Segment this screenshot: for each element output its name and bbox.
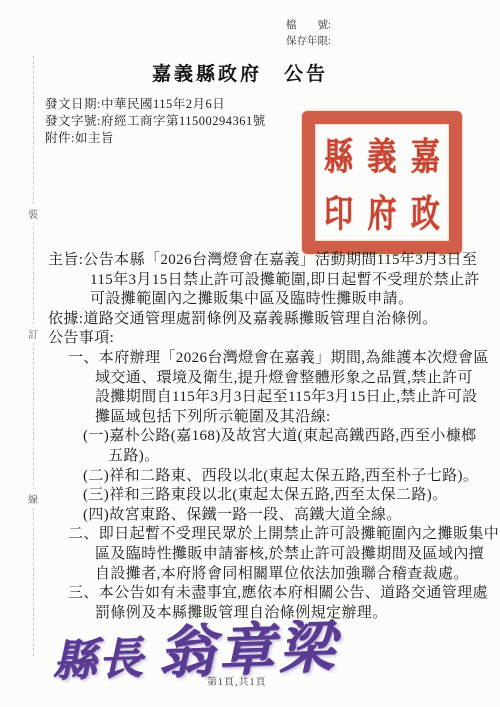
signature-name: 翁章梁 (157, 617, 339, 685)
body-line: 域交通、環境及衛生,提升燈會整體形象之品質,禁止許可 (95, 366, 499, 386)
body-line: (四)故宮東路、保鐵一路一段、高鐵大道全線。 (83, 503, 499, 523)
announcement-body: 主旨:公告本縣「2026台灣燈會在嘉義」活動期間115年3月3日至 115年3月… (48, 248, 499, 620)
body-line: 二、即日起暫不受理民眾於上開禁止許可設攤範圍內之攤販集中 (68, 522, 499, 542)
magistrate-signature-stamp: 縣長 翁章梁 (51, 603, 340, 693)
body-line: 依據:道路交通管理處罰條例及嘉義縣攤販管理自治條例。 (48, 307, 499, 327)
seal-char: 印 (317, 174, 360, 247)
body-line: (二)祥和二路東、西段以北(東起太保五路,西至朴子七路)。 (83, 464, 499, 484)
body-line: 設攤期間自115年3月3日起至115年3月15日止,禁止許可設 (95, 385, 499, 405)
binding-dashed-line (33, 56, 34, 656)
document-meta: 發文日期:中華民國115年2月6日 發文字號:府經工商字第11500294361… (45, 96, 266, 147)
body-line: (三)祥和三路東段以北(東起太保五路,西至太保二路)。 (83, 483, 499, 503)
body-line: 自設攤者,本府將會同相關單位依法加強聯合稽查裁處。 (95, 562, 499, 582)
seal-characters: 嘉 義 縣 政 府 印 (315, 124, 449, 241)
body-line: 公告事項: (48, 326, 499, 346)
body-line: 可設攤範圍內之攤販集中區及臨時性攤販申請。 (90, 287, 499, 307)
document-title: 嘉義縣政府 公告 (0, 59, 480, 86)
official-seal-stamp: 嘉 義 縣 政 府 印 (302, 111, 462, 254)
body-line: 115年3月15日禁止許可設攤範圍,即日起暫不受理於禁止許 (90, 268, 499, 288)
body-line: 區及臨時性攤販申請審核,於禁止許可設攤期間及區域內擅 (95, 542, 499, 562)
document-page: 檔 號: 保存年限: 嘉義縣政府 公告 發文日期:中華民國115年2月6日 發文… (0, 0, 500, 707)
file-number-block: 檔 號: 保存年限: (286, 18, 331, 50)
issue-date-line: 發文日期:中華民國115年2月6日 (45, 96, 266, 113)
seal-char: 政 (404, 174, 447, 247)
binding-mark-zhuang: 裝 (25, 204, 41, 223)
body-line: (一)嘉朴公路(嘉168)及故宮大道(東起高鐵西路,西至小槺榔 (83, 424, 499, 444)
body-line: 攤區域包括下列所示範圍及其沿線: (95, 405, 499, 425)
binding-mark-ding: 訂 (25, 324, 41, 343)
body-line: 三、本公告如有未盡事宜,應依本府相關公告、道路交通管理處 (68, 581, 499, 601)
body-line: 五路)。 (108, 444, 499, 464)
binding-mark-xian: 線 (25, 489, 41, 508)
file-number-label: 檔 號: (286, 18, 331, 34)
attachment-line: 附件:如主旨 (45, 130, 266, 147)
body-line: 一、本府辦理「2026台灣燈會在嘉義」期間,為維護本次燈會區 (68, 346, 499, 366)
retention-period-label: 保存年限: (286, 34, 331, 50)
signature-title: 縣長 (52, 634, 146, 686)
doc-number-line: 發文字號:府經工商字第11500294361號 (45, 113, 266, 130)
seal-char: 府 (360, 174, 403, 247)
